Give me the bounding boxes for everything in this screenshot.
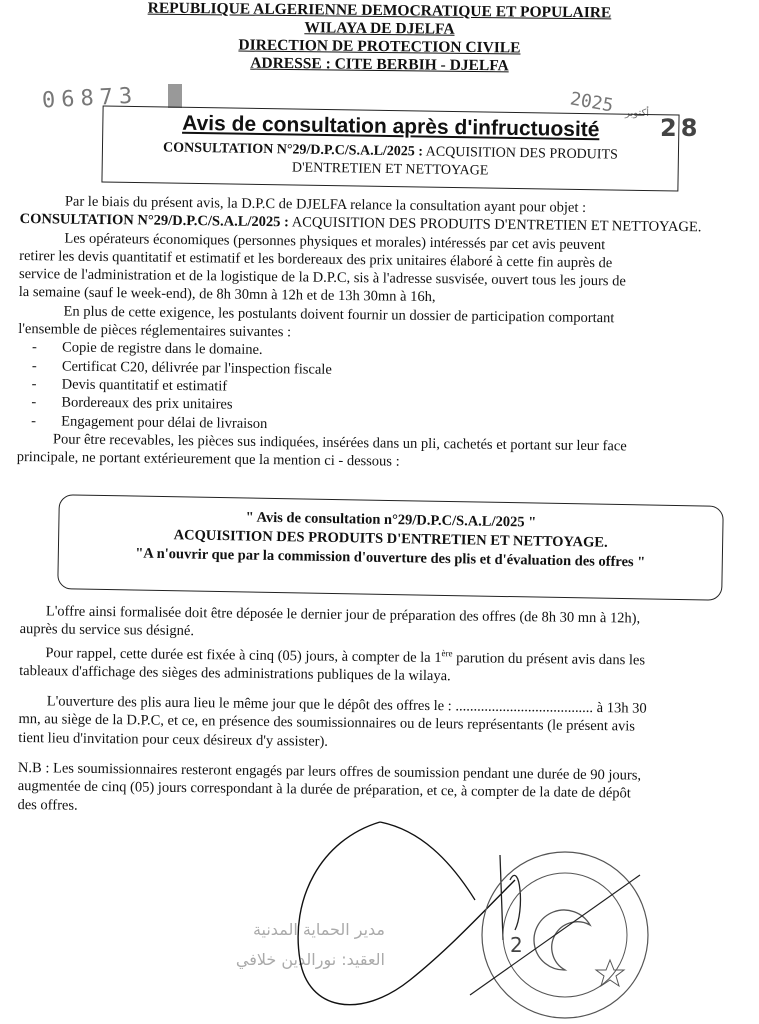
stamp-smudge bbox=[168, 84, 182, 108]
envelope-mention-box: " Avis de consultation n°29/D.P.C/S.A.L/… bbox=[57, 494, 724, 601]
reminder-line-1b: parution du présent avis dans les bbox=[452, 650, 645, 668]
seal-number: 2 bbox=[510, 933, 523, 957]
required-documents-list: Copie de registre dans le domaine. Certi… bbox=[17, 338, 740, 438]
reminder-sup: ère bbox=[442, 648, 453, 658]
signature-and-seal: 2 bbox=[220, 820, 759, 1024]
intro-reference: CONSULTATION N°29/D.P.C/S.A.L/2025 : bbox=[20, 211, 289, 230]
subject-line-2: D'ENTRETIEN ET NETTOYAGE bbox=[292, 160, 489, 178]
notice-body-2: L'offre ainsi formalisée doit être dépos… bbox=[17, 602, 742, 823]
subject-line-1: ACQUISITION DES PRODUITS bbox=[423, 145, 618, 163]
notice-title: Avis de consultation après d'infructuosi… bbox=[103, 110, 678, 143]
title-box: Avis de consultation après d'infructuosi… bbox=[101, 105, 679, 191]
notice-subject: CONSULTATION N°29/D.P.C/S.A.L/2025 : ACQ… bbox=[103, 138, 678, 183]
handwritten-signature-icon bbox=[298, 822, 520, 1005]
official-seal-icon bbox=[470, 852, 648, 1018]
consultation-reference: CONSULTATION N°29/D.P.C/S.A.L/2025 : bbox=[163, 140, 423, 159]
notice-body: Par le biais du présent avis, la D.P.C d… bbox=[17, 192, 742, 475]
